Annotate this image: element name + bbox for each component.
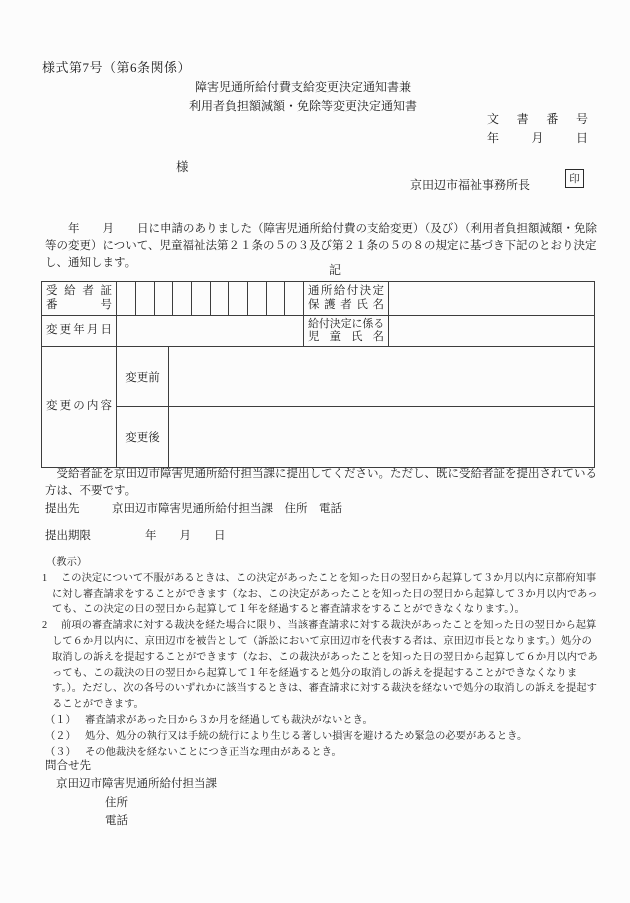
appeal-item-2-line: ることができます。 — [42, 697, 602, 713]
inquiry-section: 問合せ先 京田辺市障害児通所給付担当課 住所 電話 — [45, 757, 217, 830]
form-number: 様式第7号（第6条関係） — [42, 57, 191, 76]
submit-instruction-line: 受給者証を京田辺市障害児通所給付担当課に提出してください。ただし、既に受給者証を… — [45, 466, 610, 483]
recipient-cert-number-label: 受給者証 番号 — [42, 282, 117, 316]
before-change-cell — [169, 347, 595, 407]
document-title-line1: 障害児通所給付費支給変更決定通知書兼 — [0, 78, 606, 97]
child-name-cell — [389, 316, 595, 347]
appeal-notes-section: （教示） 1この決定について不服があるときは、この決定があったことを知った日の翌… — [42, 555, 602, 760]
before-change-label: 変更前 — [117, 347, 169, 407]
inquiry-organization: 京田辺市障害児通所給付担当課 — [56, 775, 217, 793]
notice-line: 年 月 日に申請のありました（障害児通所給付費の支給変更）（及び）（利用者負担額… — [45, 221, 610, 238]
change-content-label: 変更の内容 — [42, 347, 117, 468]
appeal-item-2-line: 2前項の審査請求に対する裁決を経た場合に限り、当該審査請求に対する裁決があったこ… — [42, 618, 602, 634]
addressee-suffix: 様 — [176, 157, 189, 175]
appeal-subitem-2-number: （２） — [45, 729, 85, 745]
appeal-item-1-number: 1 — [42, 571, 61, 587]
recipient-number-digit-cell — [136, 282, 155, 316]
appeal-item-2-line: 取消しの訴えを提起することができます（なお、この裁決があったことを知った日の翌日… — [42, 650, 602, 666]
appeal-item-2-line: す。）。ただし、次の各号のいずれかに該当するときは、審査請求に対する裁決を経ない… — [42, 681, 602, 697]
benefit-table: 受給者証 番号 通所給付決定 保護者氏名 — [41, 281, 595, 468]
issuer-title: 京田辺市福祉事務所長 — [410, 176, 530, 193]
child-name-label: 給付決定に係る 児童氏名 — [304, 316, 389, 347]
appeal-item-2-line: っても、この裁決の日の翌日から起算して１年を経過すると処分の取消しの訴えを提起す… — [42, 666, 602, 682]
appeal-subitem-2: （２）処分、処分の執行又は手続の続行により生じる著しい損害を避けるため緊急の必要… — [42, 729, 602, 745]
benefit-table-top: 受給者証 番号 通所給付決定 保護者氏名 — [41, 281, 595, 347]
seal-stamp: 印 — [565, 169, 584, 188]
document-page: 様式第7号（第6条関係） 障害児通所給付費支給変更決定通知書兼 利用者負担額減額… — [0, 0, 630, 903]
submission-deadline-label: 提出期限 — [45, 527, 91, 543]
ki-heading: 記 — [41, 261, 595, 278]
appeal-item-1-line: ても、この決定の日の翌日から起算して１年を経過すると審査請求をすることができなく… — [42, 602, 602, 618]
inquiry-address-label: 住所 — [105, 794, 217, 812]
appeal-item-1-line: に対し審査請求をすることができます（なお、この決定があったことを知った日の翌日か… — [42, 587, 602, 603]
appeal-subitem-1-number: （１） — [45, 713, 85, 729]
appeal-notes-heading: （教示） — [46, 555, 602, 571]
doc-date-label: 年月日 — [487, 129, 588, 148]
guardian-name-cell — [389, 282, 595, 316]
recipient-number-digit-cell — [192, 282, 211, 316]
notice-line: 等の変更）について、児童福祉法第２１条の５の３及び第２１条の５の８の規定に基づき… — [45, 238, 610, 255]
guardian-name-label: 通所給付決定 保護者氏名 — [304, 282, 389, 316]
recipient-number-digit-cell — [117, 282, 136, 316]
appeal-item-2-number: 2 — [42, 618, 61, 634]
doc-number-block: 文書番号 年月日 — [487, 110, 588, 148]
recipient-number-digit-cell — [248, 282, 267, 316]
submission-to-label: 提出先 — [45, 500, 80, 516]
change-date-cell — [117, 316, 304, 347]
change-date-label: 変更年月日 — [42, 316, 117, 347]
inquiry-heading: 問合せ先 — [45, 757, 217, 775]
appeal-subitem-1: （１）審査請求があった日から３か月を経過しても裁決がないとき。 — [42, 713, 602, 729]
after-change-label: 変更後 — [117, 407, 169, 468]
recipient-number-digit-cell — [211, 282, 229, 316]
recipient-number-digit-cell — [229, 282, 248, 316]
benefit-table-bottom: 変更の内容 変更前 変更後 — [41, 346, 595, 468]
appeal-item-2-line: して６か月以内に、京田辺市を被告として（訴訟において京田辺市を代表する者は、京田… — [42, 634, 602, 650]
recipient-number-digit-cell — [285, 282, 304, 316]
submission-deadline-value: 年 月 日 — [145, 527, 226, 543]
inquiry-phone-label: 電話 — [105, 812, 217, 830]
recipient-number-digit-cell — [267, 282, 285, 316]
appeal-item-1-line: 1この決定について不服があるときは、この決定があったことを知った日の翌日から起算… — [42, 571, 602, 587]
submission-to-value: 京田辺市障害児通所給付担当課 住所 電話 — [112, 500, 342, 516]
recipient-number-digit-cell — [155, 282, 173, 316]
after-change-cell — [169, 407, 595, 468]
doc-number-label: 文書番号 — [487, 110, 588, 129]
recipient-number-digit-cell — [173, 282, 192, 316]
submit-instruction: 受給者証を京田辺市障害児通所給付担当課に提出してください。ただし、既に受給者証を… — [45, 466, 610, 500]
submit-instruction-line: 方は、不要です。 — [45, 483, 610, 500]
